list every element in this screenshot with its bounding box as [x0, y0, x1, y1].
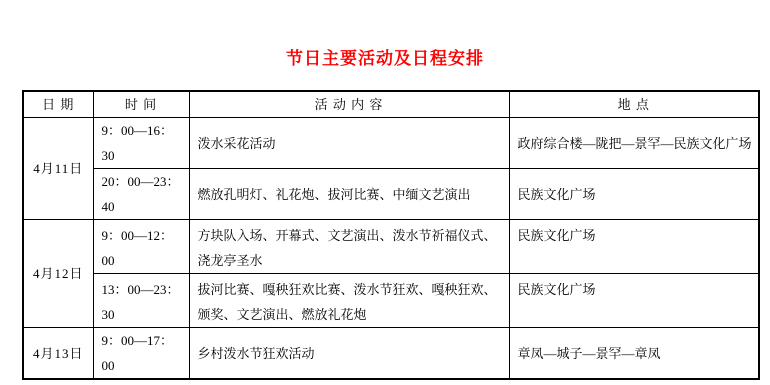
cell-activity: 燃放孔明灯、礼花炮、拔河比赛、中缅文艺演出	[189, 169, 509, 220]
cell-time: 9：00—17：00	[93, 328, 189, 380]
header-location: 地 点	[509, 91, 759, 118]
cell-location: 章凤—城子—景罕—章凤	[509, 328, 759, 380]
cell-activity: 方块队入场、开幕式、文艺演出、泼水节祈福仪式、浇龙亭圣水	[189, 220, 509, 274]
page-title: 节日主要活动及日程安排	[0, 44, 770, 69]
cell-time: 20：00—23：40	[93, 169, 189, 220]
table-header-row: 日 期 时 间 活 动 内 容 地 点	[23, 91, 759, 118]
cell-location: 政府综合楼—陇把—景罕—民族文化广场	[509, 118, 759, 169]
schedule-table: 日 期 时 间 活 动 内 容 地 点 4月11日 9：00—16：30 泼水采…	[22, 90, 760, 380]
header-date: 日 期	[23, 91, 93, 118]
cell-time: 9：00—12：00	[93, 220, 189, 274]
header-activity: 活 动 内 容	[189, 91, 509, 118]
document-page: 节日主要活动及日程安排 日 期 时 间 活 动 内 容 地 点 4月11日 9：…	[0, 0, 770, 385]
cell-activity: 泼水采花活动	[189, 118, 509, 169]
cell-activity: 拔河比赛、嘎秧狂欢比赛、泼水节狂欢、嘎秧狂欢、颁奖、文艺演出、燃放礼花炮	[189, 274, 509, 328]
cell-date: 4月12日	[23, 220, 93, 328]
cell-time: 13：00—23：30	[93, 274, 189, 328]
table-row: 20：00—23：40 燃放孔明灯、礼花炮、拔河比赛、中缅文艺演出 民族文化广场	[23, 169, 759, 220]
table-row: 4月13日 9：00—17：00 乡村泼水节狂欢活动 章凤—城子—景罕—章凤	[23, 328, 759, 380]
cell-location: 民族文化广场	[509, 274, 759, 328]
table-row: 4月11日 9：00—16：30 泼水采花活动 政府综合楼—陇把—景罕—民族文化…	[23, 118, 759, 169]
cell-location: 民族文化广场	[509, 220, 759, 274]
cell-date: 4月11日	[23, 118, 93, 220]
table-row: 4月12日 9：00—12：00 方块队入场、开幕式、文艺演出、泼水节祈福仪式、…	[23, 220, 759, 274]
table-row: 13：00—23：30 拔河比赛、嘎秧狂欢比赛、泼水节狂欢、嘎秧狂欢、颁奖、文艺…	[23, 274, 759, 328]
cell-date: 4月13日	[23, 328, 93, 380]
cell-time: 9：00—16：30	[93, 118, 189, 169]
header-time: 时 间	[93, 91, 189, 118]
cell-activity: 乡村泼水节狂欢活动	[189, 328, 509, 380]
cell-location: 民族文化广场	[509, 169, 759, 220]
